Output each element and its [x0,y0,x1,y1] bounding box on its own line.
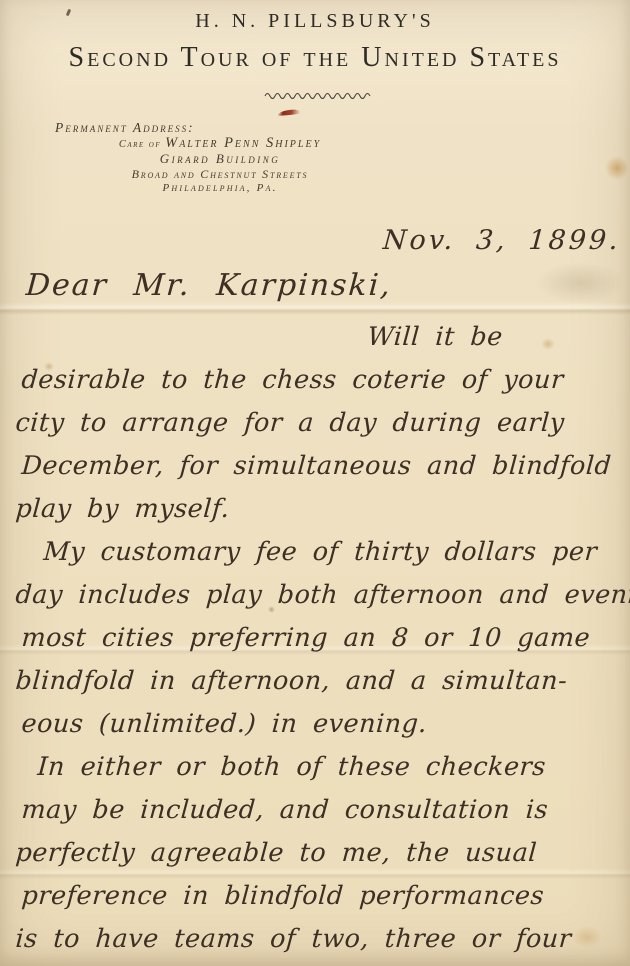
handwritten-line: city to arrange for a day during early [14,402,629,445]
letterhead-subtitle: Second Tour of the United States [0,42,630,74]
red-pen-mark [277,109,301,116]
address-care-of-prefix: Care of [119,139,161,150]
address-building: Girard Building [55,152,385,167]
handwritten-line: play by myself. [14,488,629,531]
letterhead-address: Permanent Address: Care of Walter Penn S… [55,121,385,196]
handwritten-line: day includes play both afternoon and eve… [14,574,629,617]
handwritten-line: desirable to the chess coterie of your [14,359,629,402]
handwritten-line: Will it be [14,316,629,359]
address-city: Philadelphia, Pa. [55,181,385,196]
handwritten-line: preference in blindfold performances [14,875,629,918]
handwritten-line: perfectly agreeable to me, the usual [14,832,629,875]
wavy-divider-rule [263,91,375,99]
handwritten-line: is to have teams of two, three or four [14,918,629,961]
handwritten-line: eous (unlimited.) in evening. [14,703,629,746]
address-care-of-name: Walter Penn Shipley [165,135,321,151]
handwritten-line: My customary fee of thirty dollars per [14,531,629,574]
address-street: Broad and Chestnut Streets [55,167,385,182]
letter-body: Will it be desirable to the chess coteri… [14,316,626,961]
letter-salutation: Dear Mr. Karpinski, [25,268,393,303]
address-care-of-line: Care of Walter Penn Shipley [55,136,385,153]
letter-date: Nov. 3, 1899. [382,225,630,256]
address-label: Permanent Address: [55,121,385,136]
handwritten-line: may be included, and consultation is [14,789,629,832]
handwritten-line: most cities preferring an 8 or 10 game [14,617,629,660]
handwritten-line: December, for simultaneous and blindfold [14,445,629,488]
handwritten-line: blindfold in afternoon, and a simultan- [14,660,629,703]
handwritten-line: In either or both of these checkers [14,746,629,789]
letter-page: H. N. PILLSBURY'S Second Tour of the Uni… [0,0,630,966]
letterhead-title: H. N. PILLSBURY'S [0,10,630,33]
